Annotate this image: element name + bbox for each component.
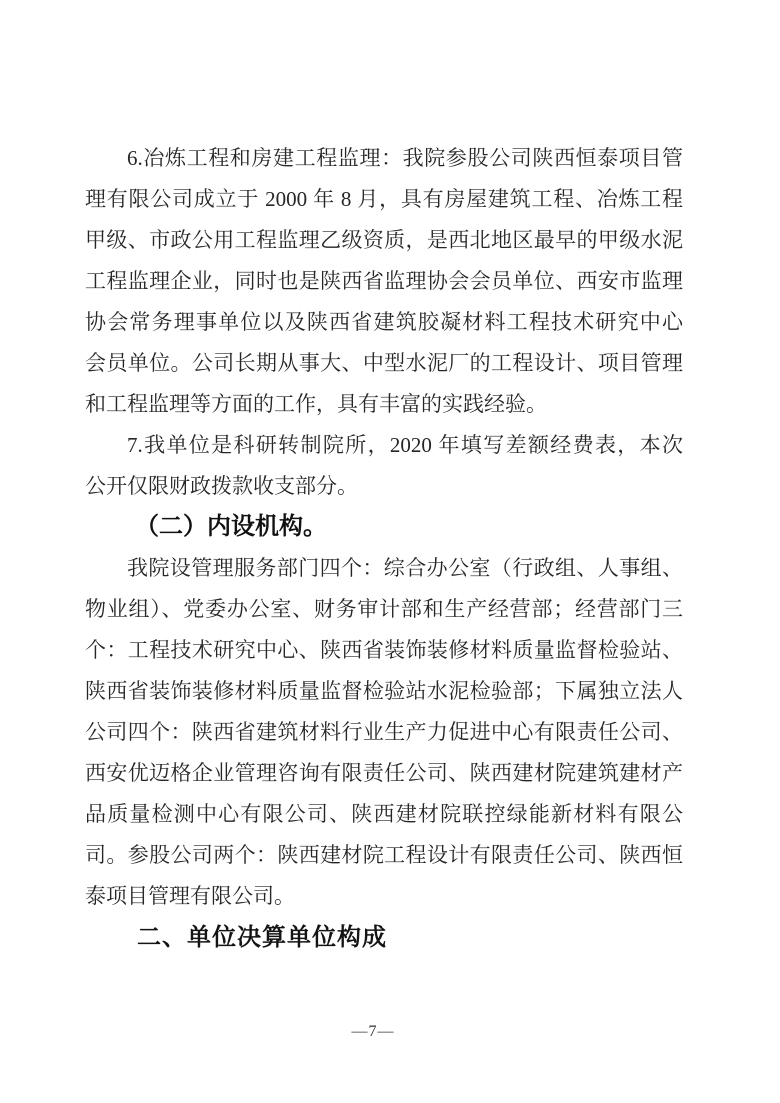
paragraph-line: 6.冶炼工程和房建工程监理：我院参股公司陕西恒泰项目管	[85, 138, 683, 179]
paragraph-line: 物业组）、党委办公室、财务审计部和生产经营部；经营部门三	[85, 589, 683, 630]
paragraph-line: 公开仅限财政拨款收支部分。	[85, 466, 683, 507]
page-number: —7—	[0, 1022, 763, 1042]
paragraph-line: 泰项目管理有限公司。	[85, 876, 683, 917]
paragraph-line: 西安优迈格企业管理咨询有限责任公司、陕西建材院建筑建材产	[85, 753, 683, 794]
paragraph-line: 陕西省装饰装修材料质量监督检验站水泥检验部；下属独立法人	[85, 671, 683, 712]
paragraph-line: 理有限公司成立于 2000 年 8 月，具有房屋建筑工程、冶炼工程	[85, 179, 683, 220]
section-heading-unit-composition: 二、单位决算单位构成	[85, 917, 683, 958]
paragraph-line: 7.我单位是科研转制院所，2020 年填写差额经费表，本次	[85, 425, 683, 466]
document-page: 6.冶炼工程和房建工程监理：我院参股公司陕西恒泰项目管 理有限公司成立于 200…	[0, 0, 780, 1103]
paragraph-line: 公司四个：陕西省建筑材料行业生产力促进中心有限责任公司、	[85, 712, 683, 753]
paragraph-line: 司。参股公司两个：陕西建材院工程设计有限责任公司、陕西恒	[85, 835, 683, 876]
paragraph-line: 甲级、市政公用工程监理乙级资质，是西北地区最早的甲级水泥	[85, 220, 683, 261]
paragraph-line: 工程监理企业，同时也是陕西省监理协会会员单位、西安市监理	[85, 261, 683, 302]
paragraph-line: 和工程监理等方面的工作，具有丰富的实践经验。	[85, 384, 683, 425]
paragraph-line: 协会常务理事单位以及陕西省建筑胶凝材料工程技术研究中心	[85, 302, 683, 343]
paragraph-line: 会员单位。公司长期从事大、中型水泥厂的工程设计、项目管理	[85, 343, 683, 384]
paragraph-line: 个：工程技术研究中心、陕西省装饰装修材料质量监督检验站、	[85, 630, 683, 671]
section-heading-internal-structure: （二）内设机构。	[85, 507, 683, 548]
paragraph-line: 品质量检测中心有限公司、陕西建材院联控绿能新材料有限公	[85, 794, 683, 835]
paragraph-line: 我院设管理服务部门四个：综合办公室（行政组、人事组、	[85, 548, 683, 589]
